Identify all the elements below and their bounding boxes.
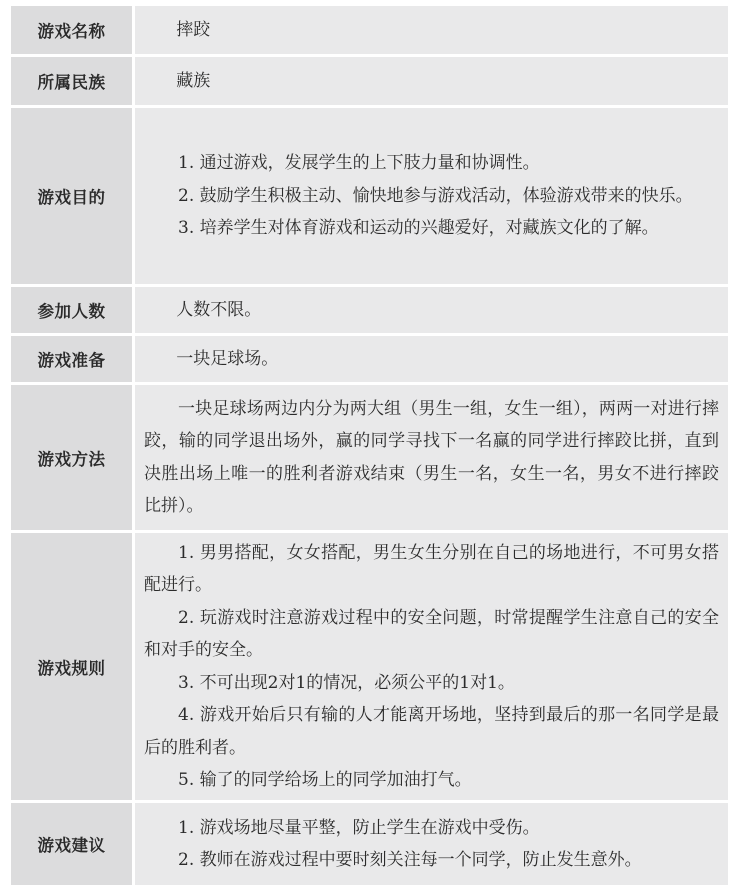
row-game-name: 游戏名称 摔跤 — [11, 6, 728, 54]
row-suggestions: 游戏建议 1. 游戏场地尽量平整，防止学生在游戏中受伤。 2. 教师在游戏过程中… — [11, 803, 728, 885]
row-participants: 参加人数 人数不限。 — [11, 287, 728, 333]
paragraph: 1. 男男搭配，女女搭配，男生女生分别在自己的场地进行，不可男女搭配进行。 — [144, 537, 719, 602]
paragraph: 1. 游戏场地尽量平整，防止学生在游戏中受伤。 — [144, 812, 719, 845]
row-game-purpose: 游戏目的 1. 通过游戏，发展学生的上下肢力量和协调性。 2. 鼓励学生积极主动… — [11, 108, 728, 284]
row-preparation: 游戏准备 一块足球场。 — [11, 336, 728, 382]
label-preparation: 游戏准备 — [11, 336, 132, 382]
content-game-purpose: 1. 通过游戏，发展学生的上下肢力量和协调性。 2. 鼓励学生积极主动、愉快地参… — [135, 108, 728, 284]
paragraph: 2. 教师在游戏过程中要时刻关注每一个同学，防止发生意外。 — [144, 844, 719, 877]
paragraph: 一块足球场。 — [144, 343, 719, 376]
label-game-purpose: 游戏目的 — [11, 108, 132, 284]
paragraph: 1. 通过游戏，发展学生的上下肢力量和协调性。 — [144, 147, 719, 180]
paragraph: 5. 输了的同学给场上的同学加油打气。 — [144, 764, 719, 797]
row-method: 游戏方法 一块足球场两边内分为两大组（男生一组，女生一组），两两一对进行摔跤，输… — [11, 385, 728, 530]
content-rules: 1. 男男搭配，女女搭配，男生女生分别在自己的场地进行，不可男女搭配进行。 2.… — [135, 533, 728, 800]
paragraph: 人数不限。 — [144, 294, 719, 327]
content-game-name: 摔跤 — [135, 6, 728, 54]
paragraph: 一块足球场两边内分为两大组（男生一组，女生一组），两两一对进行摔跤，输的同学退出… — [144, 393, 719, 523]
content-preparation: 一块足球场。 — [135, 336, 728, 382]
label-suggestions: 游戏建议 — [11, 803, 132, 885]
paragraph: 摔跤 — [144, 14, 719, 47]
content-method: 一块足球场两边内分为两大组（男生一组，女生一组），两两一对进行摔跤，输的同学退出… — [135, 385, 728, 530]
paragraph: 3. 不可出现2对1的情况，必须公平的1对1。 — [144, 667, 719, 700]
paragraph: 4. 游戏开始后只有输的人才能离开场地，坚持到最后的那一名同学是最后的胜利者。 — [144, 699, 719, 764]
label-method: 游戏方法 — [11, 385, 132, 530]
paragraph: 3. 培养学生对体育游戏和运动的兴趣爱好，对藏族文化的了解。 — [144, 212, 719, 245]
game-info-table: 游戏名称 摔跤 所属民族 藏族 游戏目的 1. 通过游戏，发展学生的上下肢力量和… — [11, 6, 728, 888]
content-ethnic-group: 藏族 — [135, 57, 728, 105]
row-rules: 游戏规则 1. 男男搭配，女女搭配，男生女生分别在自己的场地进行，不可男女搭配进… — [11, 533, 728, 800]
label-game-name: 游戏名称 — [11, 6, 132, 54]
row-ethnic-group: 所属民族 藏族 — [11, 57, 728, 105]
content-participants: 人数不限。 — [135, 287, 728, 333]
paragraph: 藏族 — [144, 65, 719, 98]
label-ethnic-group: 所属民族 — [11, 57, 132, 105]
paragraph: 2. 鼓励学生积极主动、愉快地参与游戏活动，体验游戏带来的快乐。 — [144, 180, 719, 213]
label-participants: 参加人数 — [11, 287, 132, 333]
content-suggestions: 1. 游戏场地尽量平整，防止学生在游戏中受伤。 2. 教师在游戏过程中要时刻关注… — [135, 803, 728, 885]
paragraph: 2. 玩游戏时注意游戏过程中的安全问题，时常提醒学生注意自己的安全和对手的安全。 — [144, 602, 719, 667]
label-rules: 游戏规则 — [11, 533, 132, 800]
